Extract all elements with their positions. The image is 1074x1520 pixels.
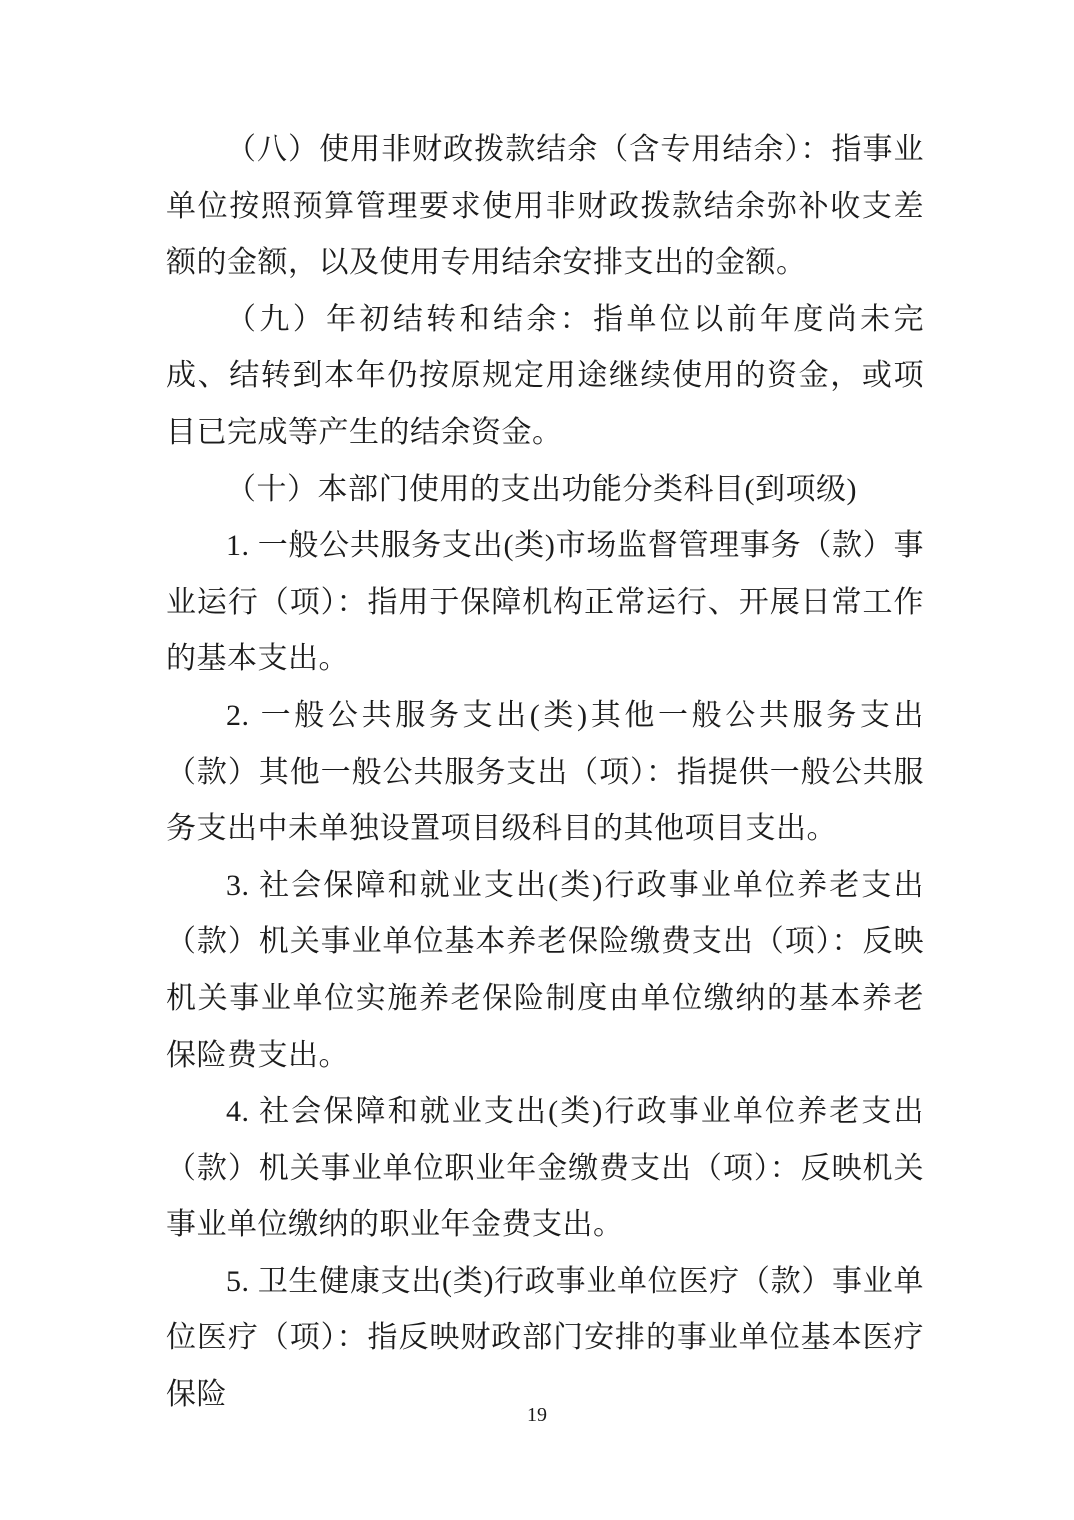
paragraph-subitem-1: 1. 一般公共服务支出(类)市场监督管理事务（款）事业运行（项）：指用于保障机构… bbox=[166, 518, 924, 688]
page-number: 19 bbox=[0, 1402, 1074, 1428]
paragraph-subitem-2: 2. 一般公共服务支出(类)其他一般公共服务支出（款）其他一般公共服务支出（项）… bbox=[166, 688, 924, 858]
paragraph-subitem-3: 3. 社会保障和就业支出(类)行政事业单位养老支出（款）机关事业单位基本养老保险… bbox=[166, 858, 924, 1084]
document-body: （八）使用非财政拨款结余（含专用结余）：指事业单位按照预算管理要求使用非财政拨款… bbox=[166, 122, 924, 1424]
paragraph-subitem-5: 5. 卫生健康支出(类)行政事业单位医疗（款）事业单位医疗（项）：指反映财政部门… bbox=[166, 1254, 924, 1424]
document-page: （八）使用非财政拨款结余（含专用结余）：指事业单位按照预算管理要求使用非财政拨款… bbox=[0, 0, 1074, 1520]
paragraph-item-8: （八）使用非财政拨款结余（含专用结余）：指事业单位按照预算管理要求使用非财政拨款… bbox=[166, 122, 924, 292]
paragraph-item-9: （九）年初结转和结余：指单位以前年度尚未完成、结转到本年仍按原规定用途继续使用的… bbox=[166, 292, 924, 462]
paragraph-item-10: （十）本部门使用的支出功能分类科目(到项级) bbox=[166, 462, 924, 519]
paragraph-subitem-4: 4. 社会保障和就业支出(类)行政事业单位养老支出（款）机关事业单位职业年金缴费… bbox=[166, 1084, 924, 1254]
